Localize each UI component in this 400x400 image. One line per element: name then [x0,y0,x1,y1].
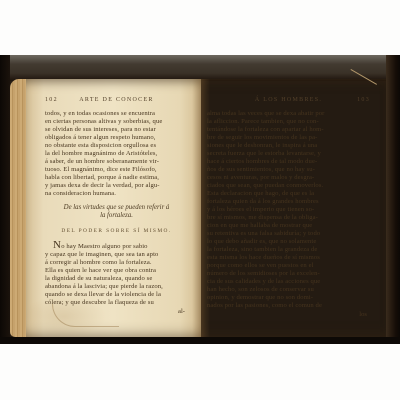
left-paragraph-new-text: o hay Maestro alguno por sabio y capaz q… [45,243,163,306]
book-right-cover [386,55,400,344]
left-paragraph-continued: todos, y en todas ocasiones se encuentra… [45,110,188,198]
book-bottom-cover-edge [0,337,400,344]
left-paragraph-new: No hay Maestro alguno por sabio y capaz … [45,241,188,307]
subsection-heading: DEL PODER SOBRE SÍ MISMO. [45,228,188,234]
right-paragraph: alma todas las veces que se dexa abatir … [207,110,370,310]
left-catchword: al- [45,308,188,315]
page-stack-fore-edge [10,79,27,337]
right-catchword: los [207,311,370,318]
left-page: 102 ARTE DE CONOCER todos, y en todas oc… [26,79,201,337]
left-page-header: 102 ARTE DE CONOCER [45,97,188,106]
right-running-title: Á LOS HOMBRES. [207,97,370,103]
right-page: Á LOS HOMBRES. 103 alma todas las veces … [201,79,386,337]
right-page-number: 103 [357,97,370,103]
left-page-number: 102 [45,97,58,103]
right-page-header: Á LOS HOMBRES. 103 [207,97,370,106]
drop-cap-initial: N [53,239,61,251]
section-heading: De las virtudes que se pueden referir á … [45,204,188,220]
book-top-cover-edge [0,55,400,81]
book-photo: 102 ARTE DE CONOCER todos, y en todas oc… [0,55,400,344]
book-left-cover [0,55,10,344]
left-running-title: ARTE DE CONOCER [45,97,188,103]
photo-background: 102 ARTE DE CONOCER todos, y en todas oc… [0,0,400,400]
